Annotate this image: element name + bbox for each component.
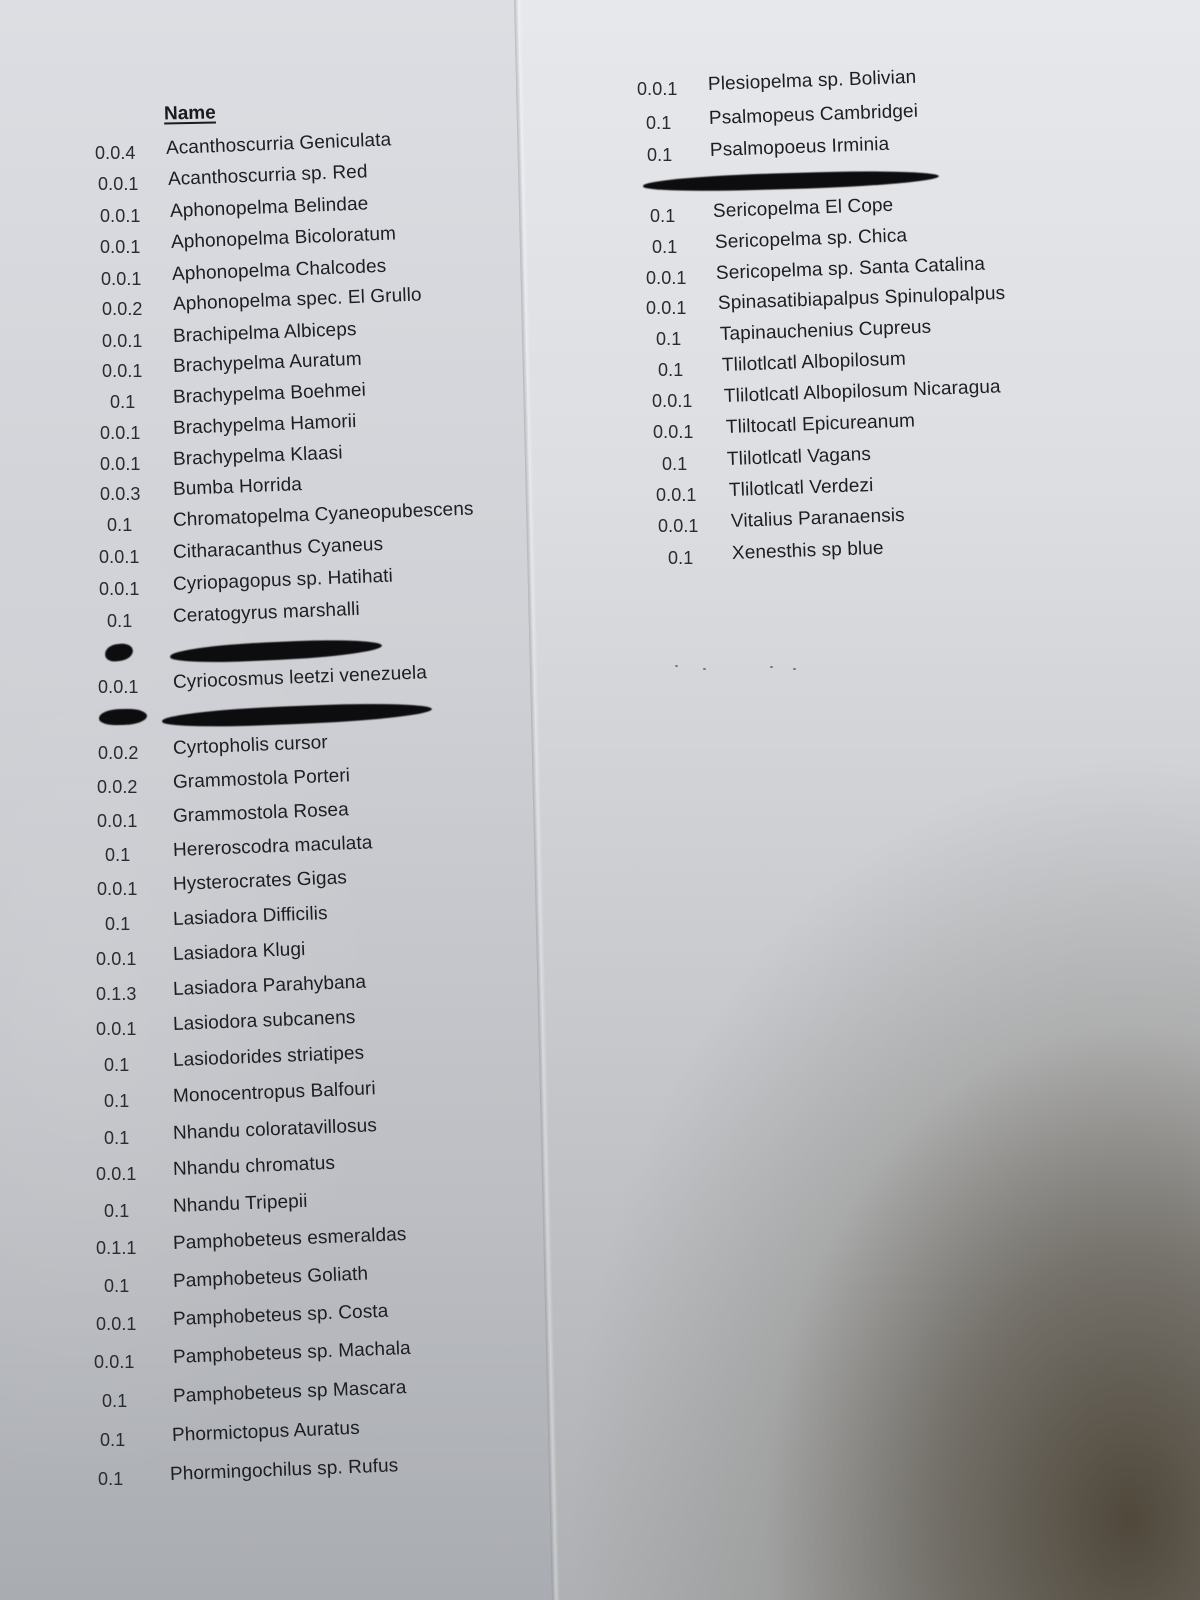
quantity-code: 0.0.1 [652,391,693,412]
species-row: 0.0.1Tlilotlcatl Verdezi [0,483,1,505]
quantity-code: 0.0.1 [656,485,697,506]
species-row: 0.0.1Plesiopelma sp. Bolivian [0,77,1,99]
species-row: 0.0.1Tliltocatl Epicureanum [0,420,1,442]
species-name: Xenesthis sp blue [732,538,884,565]
quantity-code: 0.1 [646,113,671,134]
species-row: 0.1Tlilotlcatl Albopilosum [0,358,1,380]
quantity-code: 0.1 [652,237,677,258]
species-row: 0.1Sericopelma sp. Chica [0,235,1,257]
species-row: 0.1Sericopelma El Cope [0,204,1,226]
paper-speck [793,668,796,670]
quantity-code: 0.1 [658,360,683,381]
species-row: 0.1Tlilotlcatl Vagans [0,452,1,474]
quantity-code: 0.1 [656,329,681,350]
quantity-code: 0.0.1 [653,422,694,443]
species-name: Tapinauchenius Cupreus [720,317,932,346]
quantity-code: 0.0.1 [658,516,699,537]
species-row: 0.1Psalmopeus Cambridgei [0,111,1,133]
right-species-list: 0.0.1Plesiopelma sp. Bolivian0.1Psalmope… [0,0,1200,1600]
species-name: Sericopelma El Cope [713,195,894,223]
species-row: 0.0.1Tlilotlcatl Albopilosum Nicaragua [0,389,1,411]
quantity-code: 0.1 [647,145,672,166]
species-name: Psalmopeus Cambridgei [709,101,919,130]
species-name: Tlilotlcatl Vagans [727,444,872,471]
species-name: Tlilotlcatl Verdezi [729,475,874,502]
redaction-mark [643,169,939,193]
quantity-code: 0.1 [662,454,687,475]
species-name: Plesiopelma sp. Bolivian [708,67,917,96]
species-row: 0.0.1Spinasatibiapalpus Spinulopalpus [0,296,1,318]
paper-speck [703,668,706,670]
species-name: Vitalius Paranaensis [731,505,905,533]
quantity-code: 0.1 [668,548,693,569]
species-name: Psalmopoeus Irminia [710,134,890,162]
quantity-code: 0.0.1 [637,79,678,100]
species-name: Sericopelma sp. Santa Catalina [716,254,986,285]
species-row: 0.0.1Vitalius Paranaensis [0,514,1,536]
paper-speck [675,665,678,667]
species-row: 0.0.1Sericopelma sp. Santa Catalina [0,266,1,288]
species-row: 0.1Psalmopoeus Irminia [0,143,1,165]
species-name: Tlilotlcatl Albopilosum Nicaragua [724,376,1001,408]
quantity-code: 0.0.1 [646,298,687,319]
quantity-code: 0.1 [650,206,675,227]
species-row: 0.1Xenesthis sp blue [0,546,1,568]
species-name: Tliltocatl Epicureanum [726,410,916,439]
species-row: 0.1Tapinauchenius Cupreus [0,327,1,349]
quantity-code: 0.0.1 [646,268,687,289]
species-name: Sericopelma sp. Chica [715,225,908,254]
species-name: Spinasatibiapalpus Spinulopalpus [718,283,1006,315]
paper-speck [770,666,773,668]
species-name: Tlilotlcatl Albopilosum [722,349,907,377]
